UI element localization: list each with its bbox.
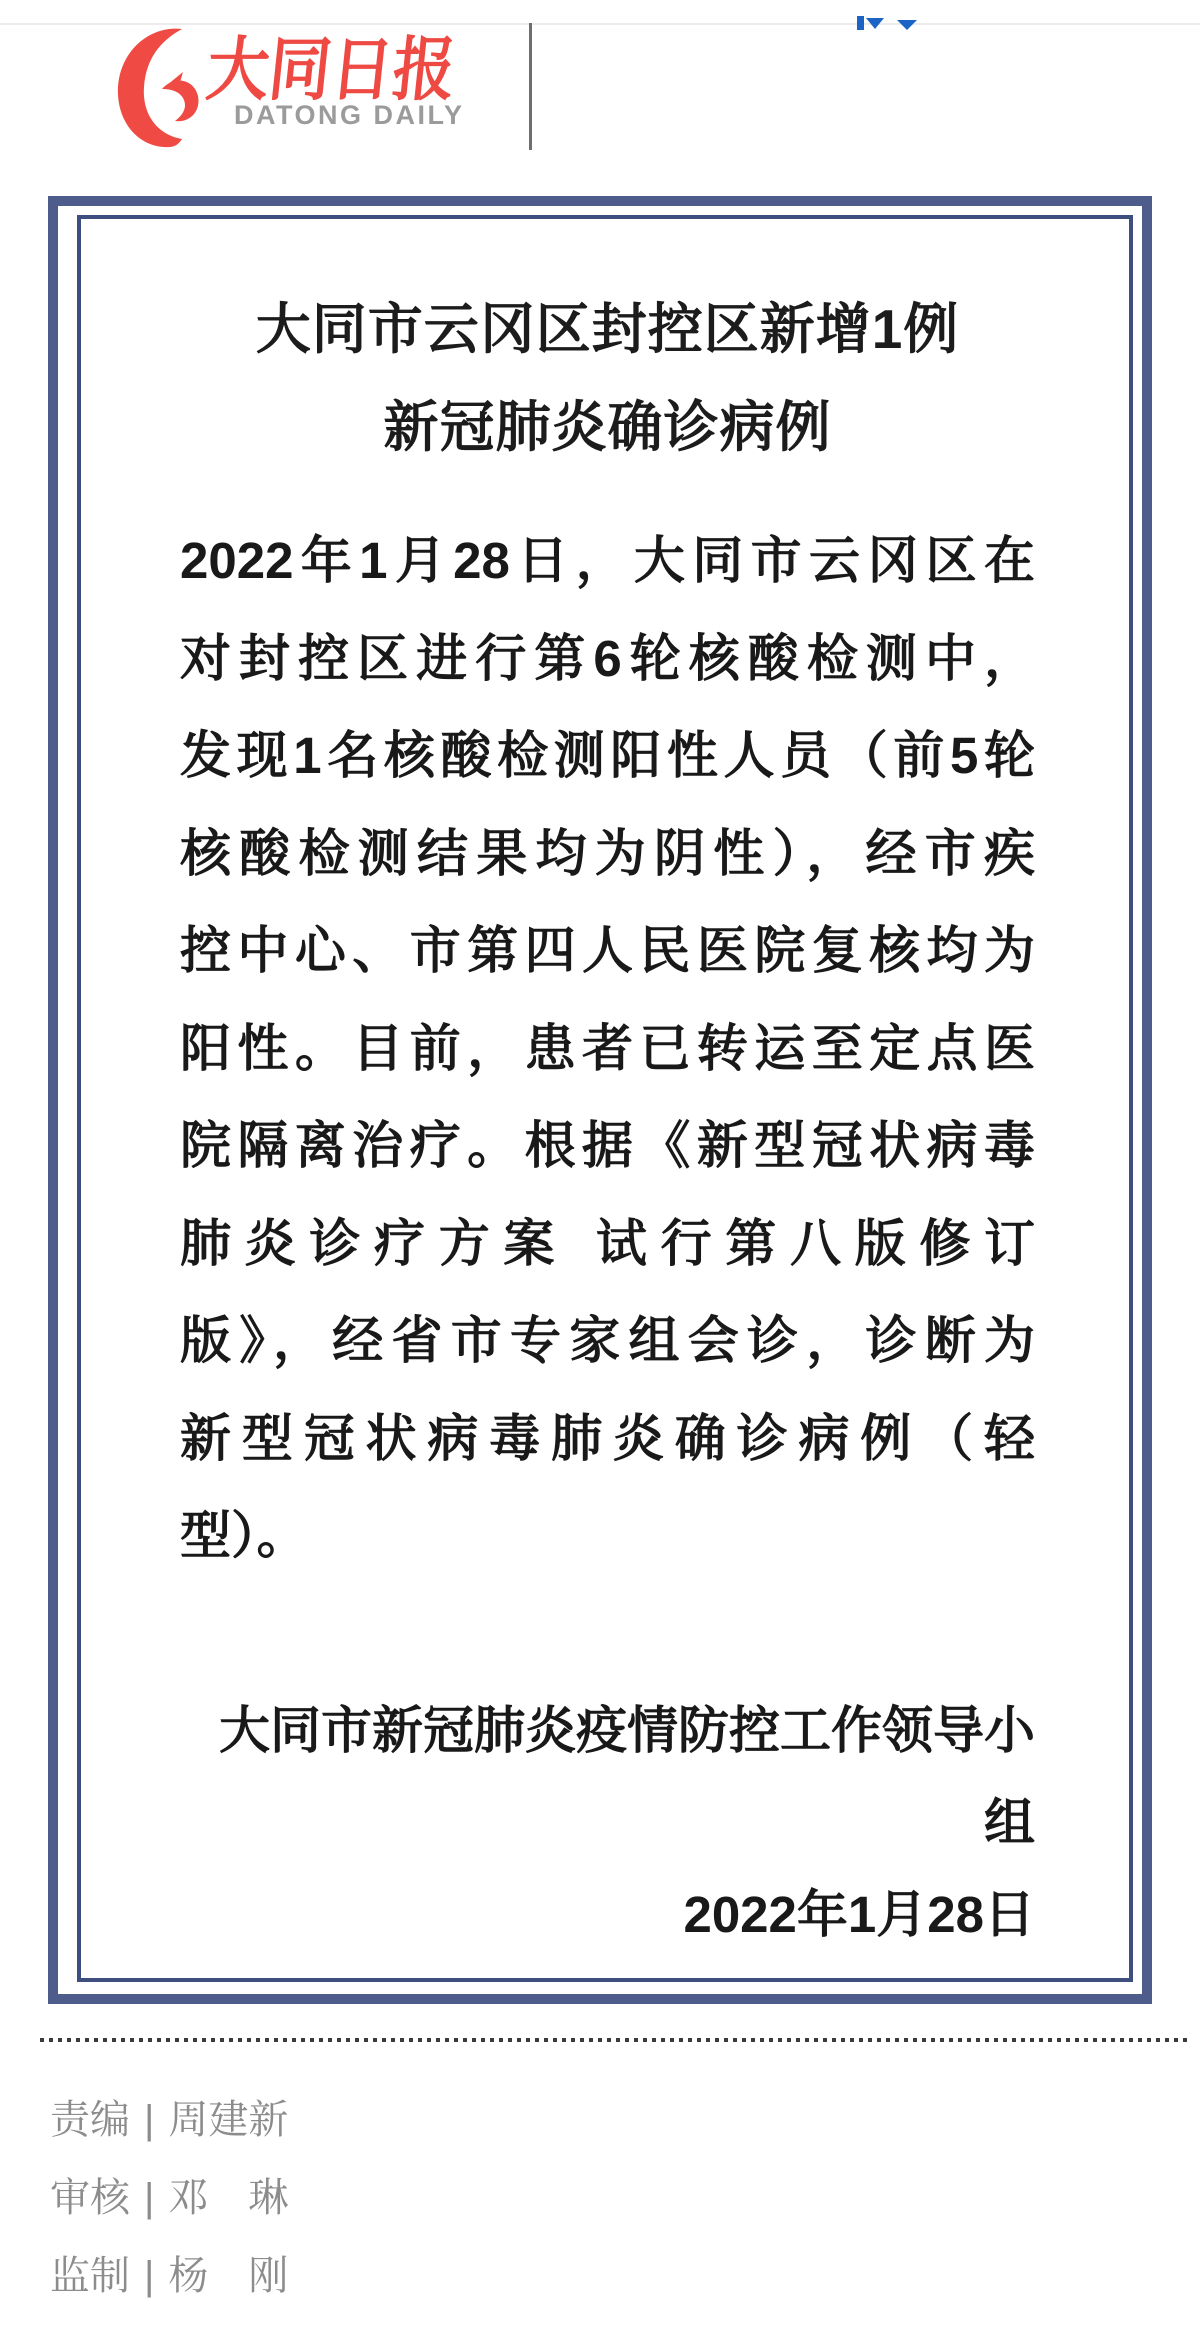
notice-inner-border: 大同市云冈区封控区新增1例 新冠肺炎确诊病例 2022年1月28日，大同市云冈区…: [77, 215, 1133, 1982]
notice-body-line: 对封控区进行第6轮核酸检测中，: [180, 610, 1035, 708]
notice-body-line: 控中心、市第四人民医院复核均为: [180, 902, 1035, 1000]
logo-english-title: DATONG DAILY: [234, 100, 465, 131]
notice-title-line1: 大同市云冈区封控区新增1例: [180, 280, 1035, 378]
datong-daily-article-page: { "header": { "logo_cn": "大同日报", "logo_e…: [0, 0, 1200, 2334]
brush-swirl-icon: [112, 25, 207, 150]
header-vertical-divider: [529, 23, 532, 150]
notice-body-line: 型）。: [180, 1487, 1035, 1585]
credit-role: 监制: [50, 2254, 130, 2298]
credit-separator: |: [144, 2159, 154, 2237]
credit-name: 杨 刚: [168, 2254, 288, 2298]
notice-body-line: 阳性。目前，患者已转运至定点医: [180, 1000, 1035, 1098]
clipped-icon-bar: [857, 16, 864, 30]
notice-content: 大同市云冈区封控区新增1例 新冠肺炎确诊病例 2022年1月28日，大同市云冈区…: [81, 280, 1129, 1961]
notice-body-line: 发现1名核酸检测阳性人员（前5轮: [180, 707, 1035, 805]
credit-name: 邓 琳: [168, 2176, 288, 2220]
notice-title: 大同市云冈区封控区新增1例 新冠肺炎确诊病例: [180, 280, 1035, 476]
clipped-icon-triangle: [866, 18, 884, 29]
notice-signature-block: 大同市新冠肺炎疫情防控工作领导小组 2022年1月28日: [180, 1685, 1035, 1961]
notice-title-line2: 新冠肺炎确诊病例: [180, 378, 1035, 476]
notice-body-line: 2022年1月28日，大同市云冈区在: [180, 512, 1035, 610]
notice-signature: 大同市新冠肺炎疫情防控工作领导小组: [180, 1685, 1035, 1869]
notice-body-line: 肺炎诊疗方案 试行第八版修订: [180, 1195, 1035, 1293]
credit-name: 周建新: [168, 2098, 288, 2142]
credit-row-supervisor: 监制|杨 刚: [50, 2237, 288, 2315]
notice-date: 2022年1月28日: [180, 1869, 1035, 1961]
dotted-divider: [40, 2038, 1192, 2042]
clipped-blue-icon-left[interactable]: [857, 16, 883, 32]
credit-role: 审核: [50, 2176, 130, 2220]
credit-separator: |: [144, 2081, 154, 2159]
credit-separator: |: [144, 2237, 154, 2315]
notice-body-line: 版》，经省市专家组会诊，诊断为: [180, 1292, 1035, 1390]
credit-row-editor: 责编|周建新: [50, 2081, 288, 2159]
notice-body-line: 新型冠状病毒肺炎确诊病例（轻: [180, 1390, 1035, 1488]
logo-chinese-title: 大同日报: [203, 14, 483, 114]
notice-body-line: 院隔离治疗。根据《新型冠状病毒: [180, 1097, 1035, 1195]
credit-row-reviewer: 审核|邓 琳: [50, 2159, 288, 2237]
notice-outer-border: 大同市云冈区封控区新增1例 新冠肺炎确诊病例 2022年1月28日，大同市云冈区…: [48, 196, 1152, 2004]
credit-role: 责编: [50, 2098, 130, 2142]
clipped-icon-triangle: [897, 20, 917, 30]
notice-body: 2022年1月28日，大同市云冈区在 对封控区进行第6轮核酸检测中， 发现1名核…: [180, 512, 1035, 1585]
clipped-blue-icon-right[interactable]: [897, 20, 917, 30]
notice-body-line: 核酸检测结果均为阴性），经市疾: [180, 805, 1035, 903]
footer-credits: 责编|周建新 审核|邓 琳 监制|杨 刚: [50, 2081, 288, 2315]
